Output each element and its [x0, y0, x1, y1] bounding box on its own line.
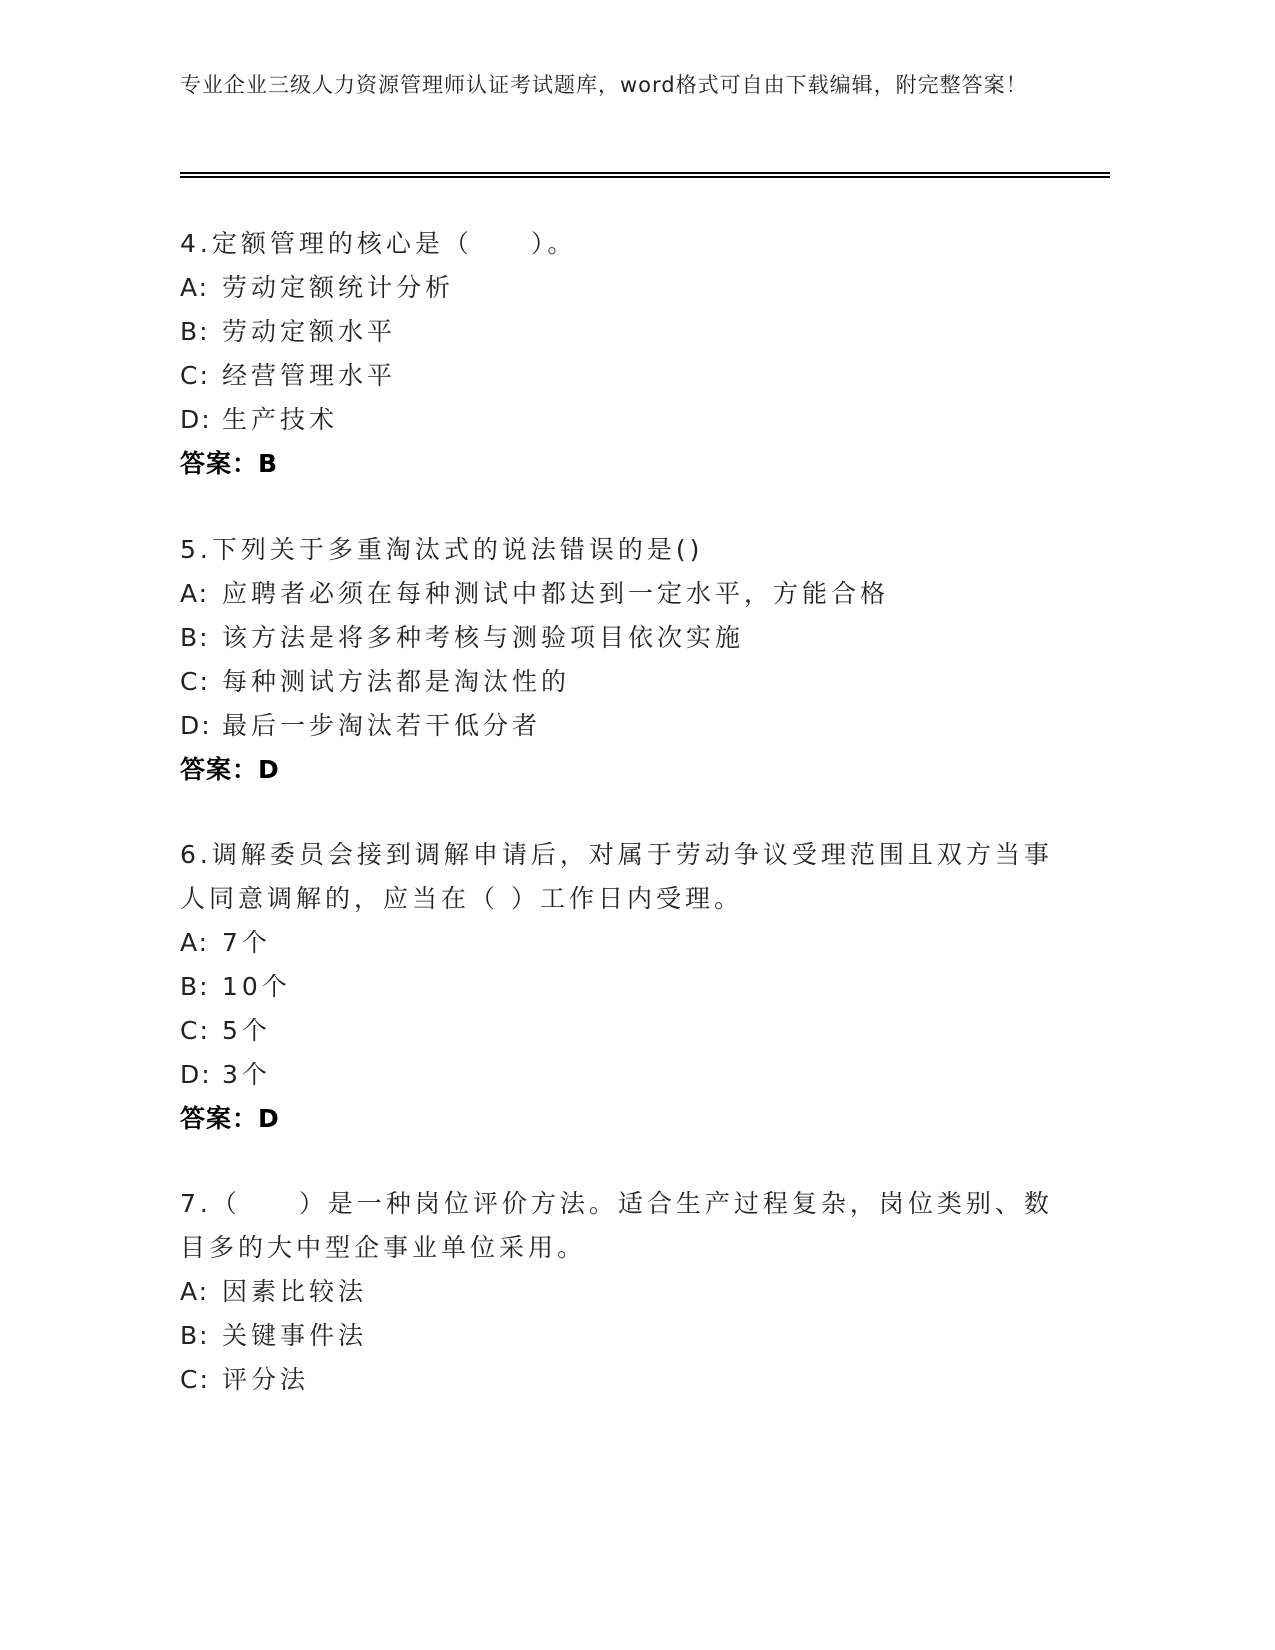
- option-text: 7个: [222, 928, 271, 957]
- option-c: C:每种测试方法都是淘汰性的: [180, 660, 1060, 704]
- question-6: 6.调解委员会接到调解申请后，对属于劳动争议受理范围且双方当事人同意调解的，应当…: [180, 833, 1060, 1141]
- question-5: 5.下列关于多重淘汰式的说法错误的是() A:应聘者必须在每种测试中都达到一定水…: [180, 528, 1060, 792]
- answer-line: 答案：D: [180, 1097, 1060, 1141]
- rule-thick-line: [180, 172, 1110, 174]
- question-number: 7.: [180, 1189, 212, 1218]
- answer-line: 答案：D: [180, 748, 1060, 792]
- option-text: 劳动定额水平: [222, 317, 396, 346]
- option-text: 3个: [222, 1060, 271, 1089]
- option-text: 因素比较法: [222, 1277, 367, 1306]
- question-text: （ ）是一种岗位评价方法。适合生产过程复杂，岗位类别、数目多的大中型企事业单位采…: [180, 1189, 1053, 1262]
- option-text: 劳动定额统计分析: [222, 273, 454, 302]
- option-d: D:最后一步淘汰若干低分者: [180, 704, 1060, 748]
- answer-value: B: [258, 449, 278, 478]
- option-key: C:: [180, 1009, 222, 1053]
- question-4: 4.定额管理的核心是（ ）。 A:劳动定额统计分析 B:劳动定额水平 C:经营管…: [180, 222, 1060, 486]
- option-key: B:: [180, 1314, 222, 1358]
- question-7: 7.（ ）是一种岗位评价方法。适合生产过程复杂，岗位类别、数目多的大中型企事业单…: [180, 1182, 1060, 1402]
- option-b: B:该方法是将多种考核与测验项目依次实施: [180, 616, 1060, 660]
- option-key: B:: [180, 616, 222, 660]
- option-b: B:关键事件法: [180, 1314, 1060, 1358]
- option-c: C:5个: [180, 1009, 1060, 1053]
- option-text: 应聘者必须在每种测试中都达到一定水平，方能合格: [222, 579, 889, 608]
- option-text: 最后一步淘汰若干低分者: [222, 711, 541, 740]
- option-a: A:7个: [180, 921, 1060, 965]
- option-key: C:: [180, 660, 222, 704]
- header-double-rule: [180, 172, 1110, 178]
- option-a: A:因素比较法: [180, 1270, 1060, 1314]
- option-a: A:应聘者必须在每种测试中都达到一定水平，方能合格: [180, 572, 1060, 616]
- rule-thin-line: [180, 176, 1110, 178]
- option-d: D:生产技术: [180, 398, 1060, 442]
- question-stem: 4.定额管理的核心是（ ）。: [180, 222, 1060, 266]
- option-c: C:经营管理水平: [180, 354, 1060, 398]
- option-text: 每种测试方法都是淘汰性的: [222, 667, 570, 696]
- option-key: A:: [180, 572, 222, 616]
- option-key: B:: [180, 965, 222, 1009]
- question-number: 5.: [180, 535, 212, 564]
- question-stem: 5.下列关于多重淘汰式的说法错误的是(): [180, 528, 1060, 572]
- question-stem: 7.（ ）是一种岗位评价方法。适合生产过程复杂，岗位类别、数目多的大中型企事业单…: [180, 1182, 1060, 1270]
- option-d: D:3个: [180, 1053, 1060, 1097]
- option-text: 10个: [222, 972, 291, 1001]
- option-key: D:: [180, 398, 222, 442]
- option-text: 生产技术: [222, 405, 338, 434]
- answer-line: 答案：B: [180, 442, 1060, 486]
- answer-label: 答案：: [180, 449, 258, 478]
- option-b: B:劳动定额水平: [180, 310, 1060, 354]
- question-text: 调解委员会接到调解申请后，对属于劳动争议受理范围且双方当事人同意调解的，应当在（…: [180, 840, 1053, 913]
- option-key: A:: [180, 1270, 222, 1314]
- answer-label: 答案：: [180, 755, 258, 784]
- option-c: C:评分法: [180, 1358, 1060, 1402]
- option-key: C:: [180, 1358, 222, 1402]
- option-key: B:: [180, 310, 222, 354]
- option-text: 5个: [222, 1016, 271, 1045]
- question-number: 6.: [180, 840, 212, 869]
- option-text: 关键事件法: [222, 1321, 367, 1350]
- option-key: C:: [180, 354, 222, 398]
- document-header: 专业企业三级人力资源管理师认证考试题库，word格式可自由下载编辑，附完整答案！: [180, 70, 1060, 101]
- option-text: 经营管理水平: [222, 361, 396, 390]
- question-text: 下列关于多重淘汰式的说法错误的是(): [212, 535, 704, 564]
- option-key: A:: [180, 266, 222, 310]
- option-key: D:: [180, 704, 222, 748]
- answer-value: D: [258, 1104, 280, 1133]
- question-number: 4.: [180, 229, 212, 258]
- option-key: A:: [180, 921, 222, 965]
- question-stem: 6.调解委员会接到调解申请后，对属于劳动争议受理范围且双方当事人同意调解的，应当…: [180, 833, 1060, 921]
- document-page: 专业企业三级人力资源管理师认证考试题库，word格式可自由下载编辑，附完整答案！…: [0, 0, 1275, 1650]
- answer-label: 答案：: [180, 1104, 258, 1133]
- option-a: A:劳动定额统计分析: [180, 266, 1060, 310]
- option-text: 该方法是将多种考核与测验项目依次实施: [222, 623, 744, 652]
- question-text: 定额管理的核心是（ ）。: [212, 229, 577, 258]
- option-b: B:10个: [180, 965, 1060, 1009]
- answer-value: D: [258, 755, 280, 784]
- option-key: D:: [180, 1053, 222, 1097]
- option-text: 评分法: [222, 1365, 309, 1394]
